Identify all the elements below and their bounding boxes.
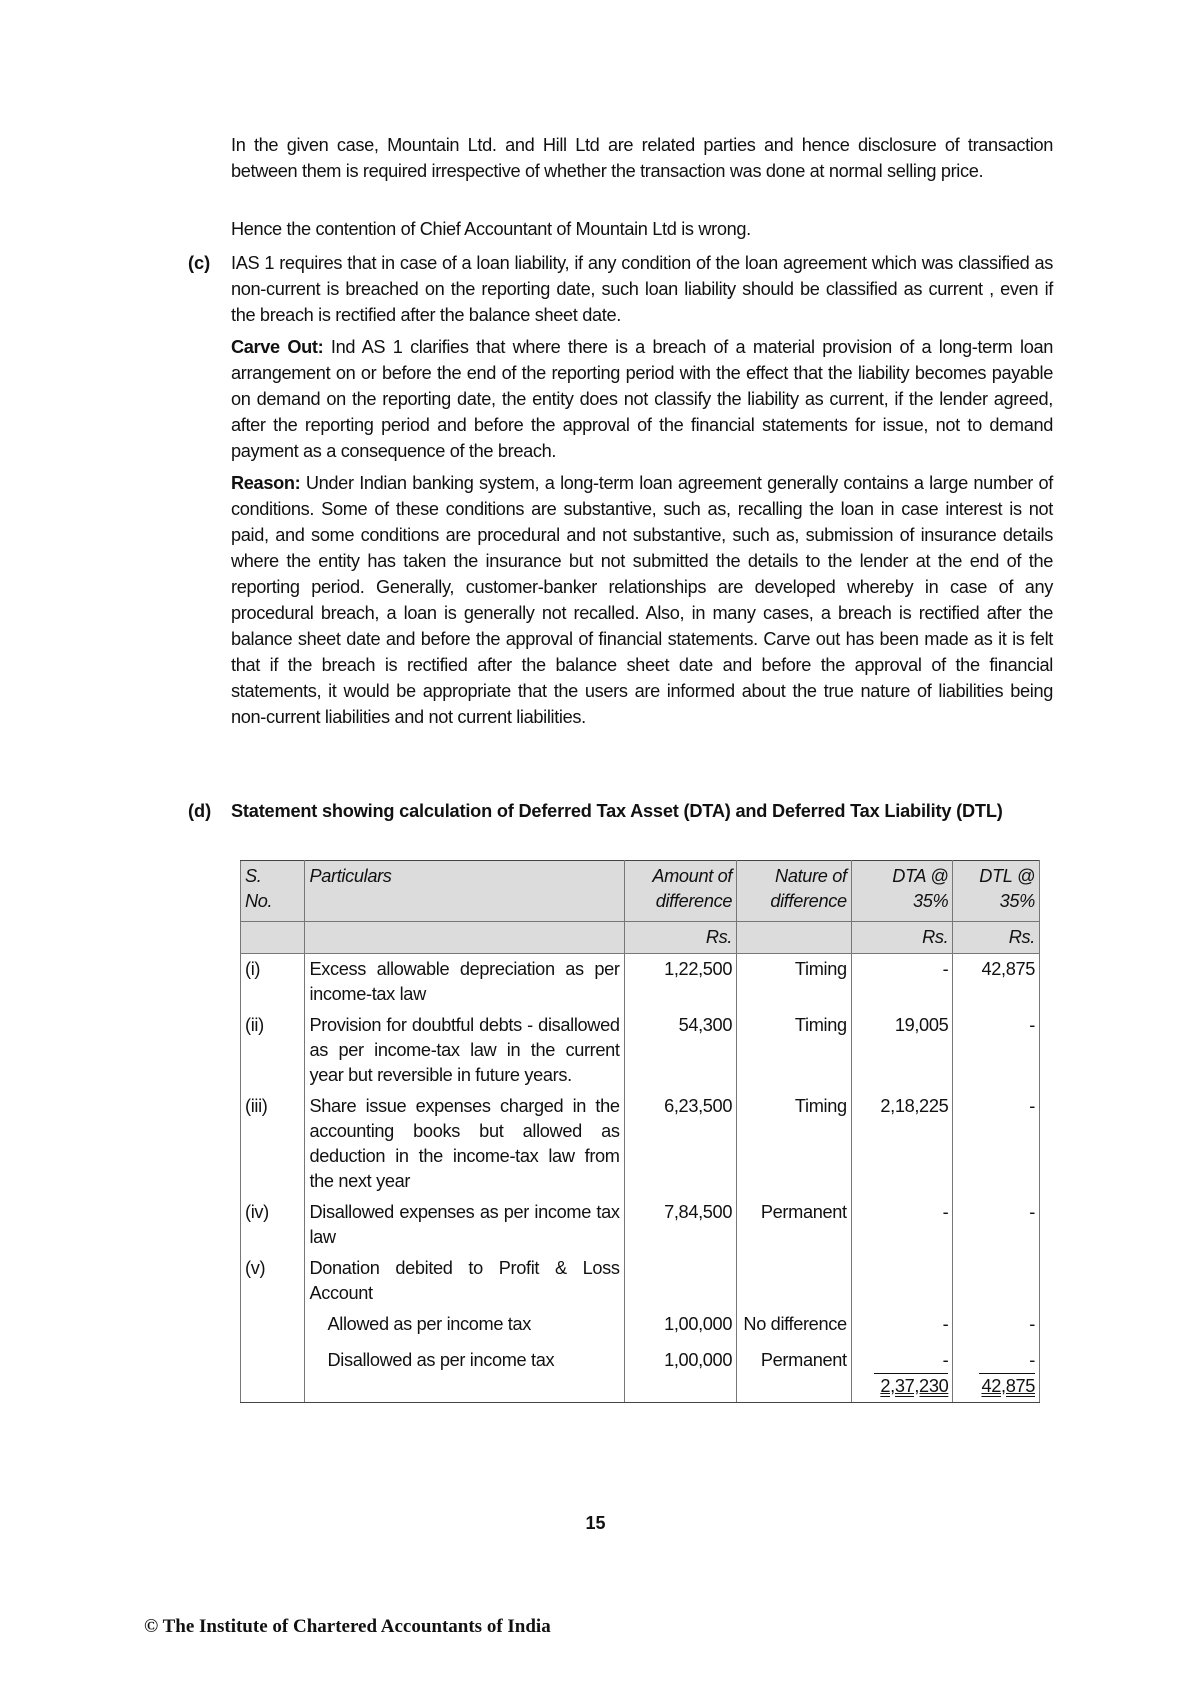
unit-dta: Rs.	[851, 922, 953, 954]
section-d-label: (d)	[188, 798, 211, 824]
document-page: In the given case, Mountain Ltd. and Hil…	[0, 0, 1191, 1684]
table-row: Disallowed as per income tax 1,00,000 Pe…	[241, 1345, 1040, 1403]
conclusion-paragraph: Hence the contention of Chief Accountant…	[231, 216, 1053, 242]
reason-paragraph: Reason: Under Indian banking system, a l…	[231, 470, 1053, 730]
unit-amount: Rs.	[624, 922, 736, 954]
section-d-heading: Statement showing calculation of Deferre…	[231, 798, 1053, 824]
dta-total: 2,37,230	[880, 1376, 948, 1396]
carve-out-label: Carve Out:	[231, 337, 323, 357]
table-row: (ii) Provision for doubtful debts - disa…	[241, 1010, 1040, 1091]
header-particulars: Particulars	[305, 861, 624, 922]
copyright-footer: © The Institute of Chartered Accountants…	[144, 1616, 551, 1638]
dta-subtotal-cell: - 2,37,230	[851, 1345, 953, 1403]
header-dtl: DTL @35%	[953, 861, 1040, 922]
carve-out-text: Ind AS 1 clarifies that where there is a…	[231, 337, 1053, 461]
header-nature: Nature ofdifference	[737, 861, 852, 922]
table-row: (v) Donation debited to Profit & Loss Ac…	[241, 1253, 1040, 1309]
unit-dtl: Rs.	[953, 922, 1040, 954]
reason-label: Reason:	[231, 473, 300, 493]
table-units-row: Rs. Rs. Rs.	[241, 922, 1040, 954]
table-row: (iii) Share issue expenses charged in th…	[241, 1091, 1040, 1197]
header-sno: S.No.	[241, 861, 305, 922]
section-c-paragraph: IAS 1 requires that in case of a loan li…	[231, 250, 1053, 328]
dtl-total: 42,875	[981, 1376, 1035, 1396]
intro-paragraph: In the given case, Mountain Ltd. and Hil…	[231, 132, 1053, 184]
header-dta: DTA @35%	[851, 861, 953, 922]
section-c-label: (c)	[188, 250, 210, 276]
reason-text: Under Indian banking system, a long-term…	[231, 473, 1053, 727]
carve-out-paragraph: Carve Out: Ind AS 1 clarifies that where…	[231, 334, 1053, 464]
table-header-row: S.No. Particulars Amount ofdifference Na…	[241, 861, 1040, 922]
table-row: (iv) Disallowed expenses as per income t…	[241, 1197, 1040, 1253]
page-number: 15	[0, 1513, 1191, 1534]
table-row: (i) Excess allowable depreciation as per…	[241, 954, 1040, 1011]
dtl-subtotal-cell: - 42,875	[953, 1345, 1040, 1403]
header-amount: Amount ofdifference	[624, 861, 736, 922]
table-row: Allowed as per income tax 1,00,000 No di…	[241, 1309, 1040, 1345]
deferred-tax-table: S.No. Particulars Amount ofdifference Na…	[240, 860, 1040, 1403]
